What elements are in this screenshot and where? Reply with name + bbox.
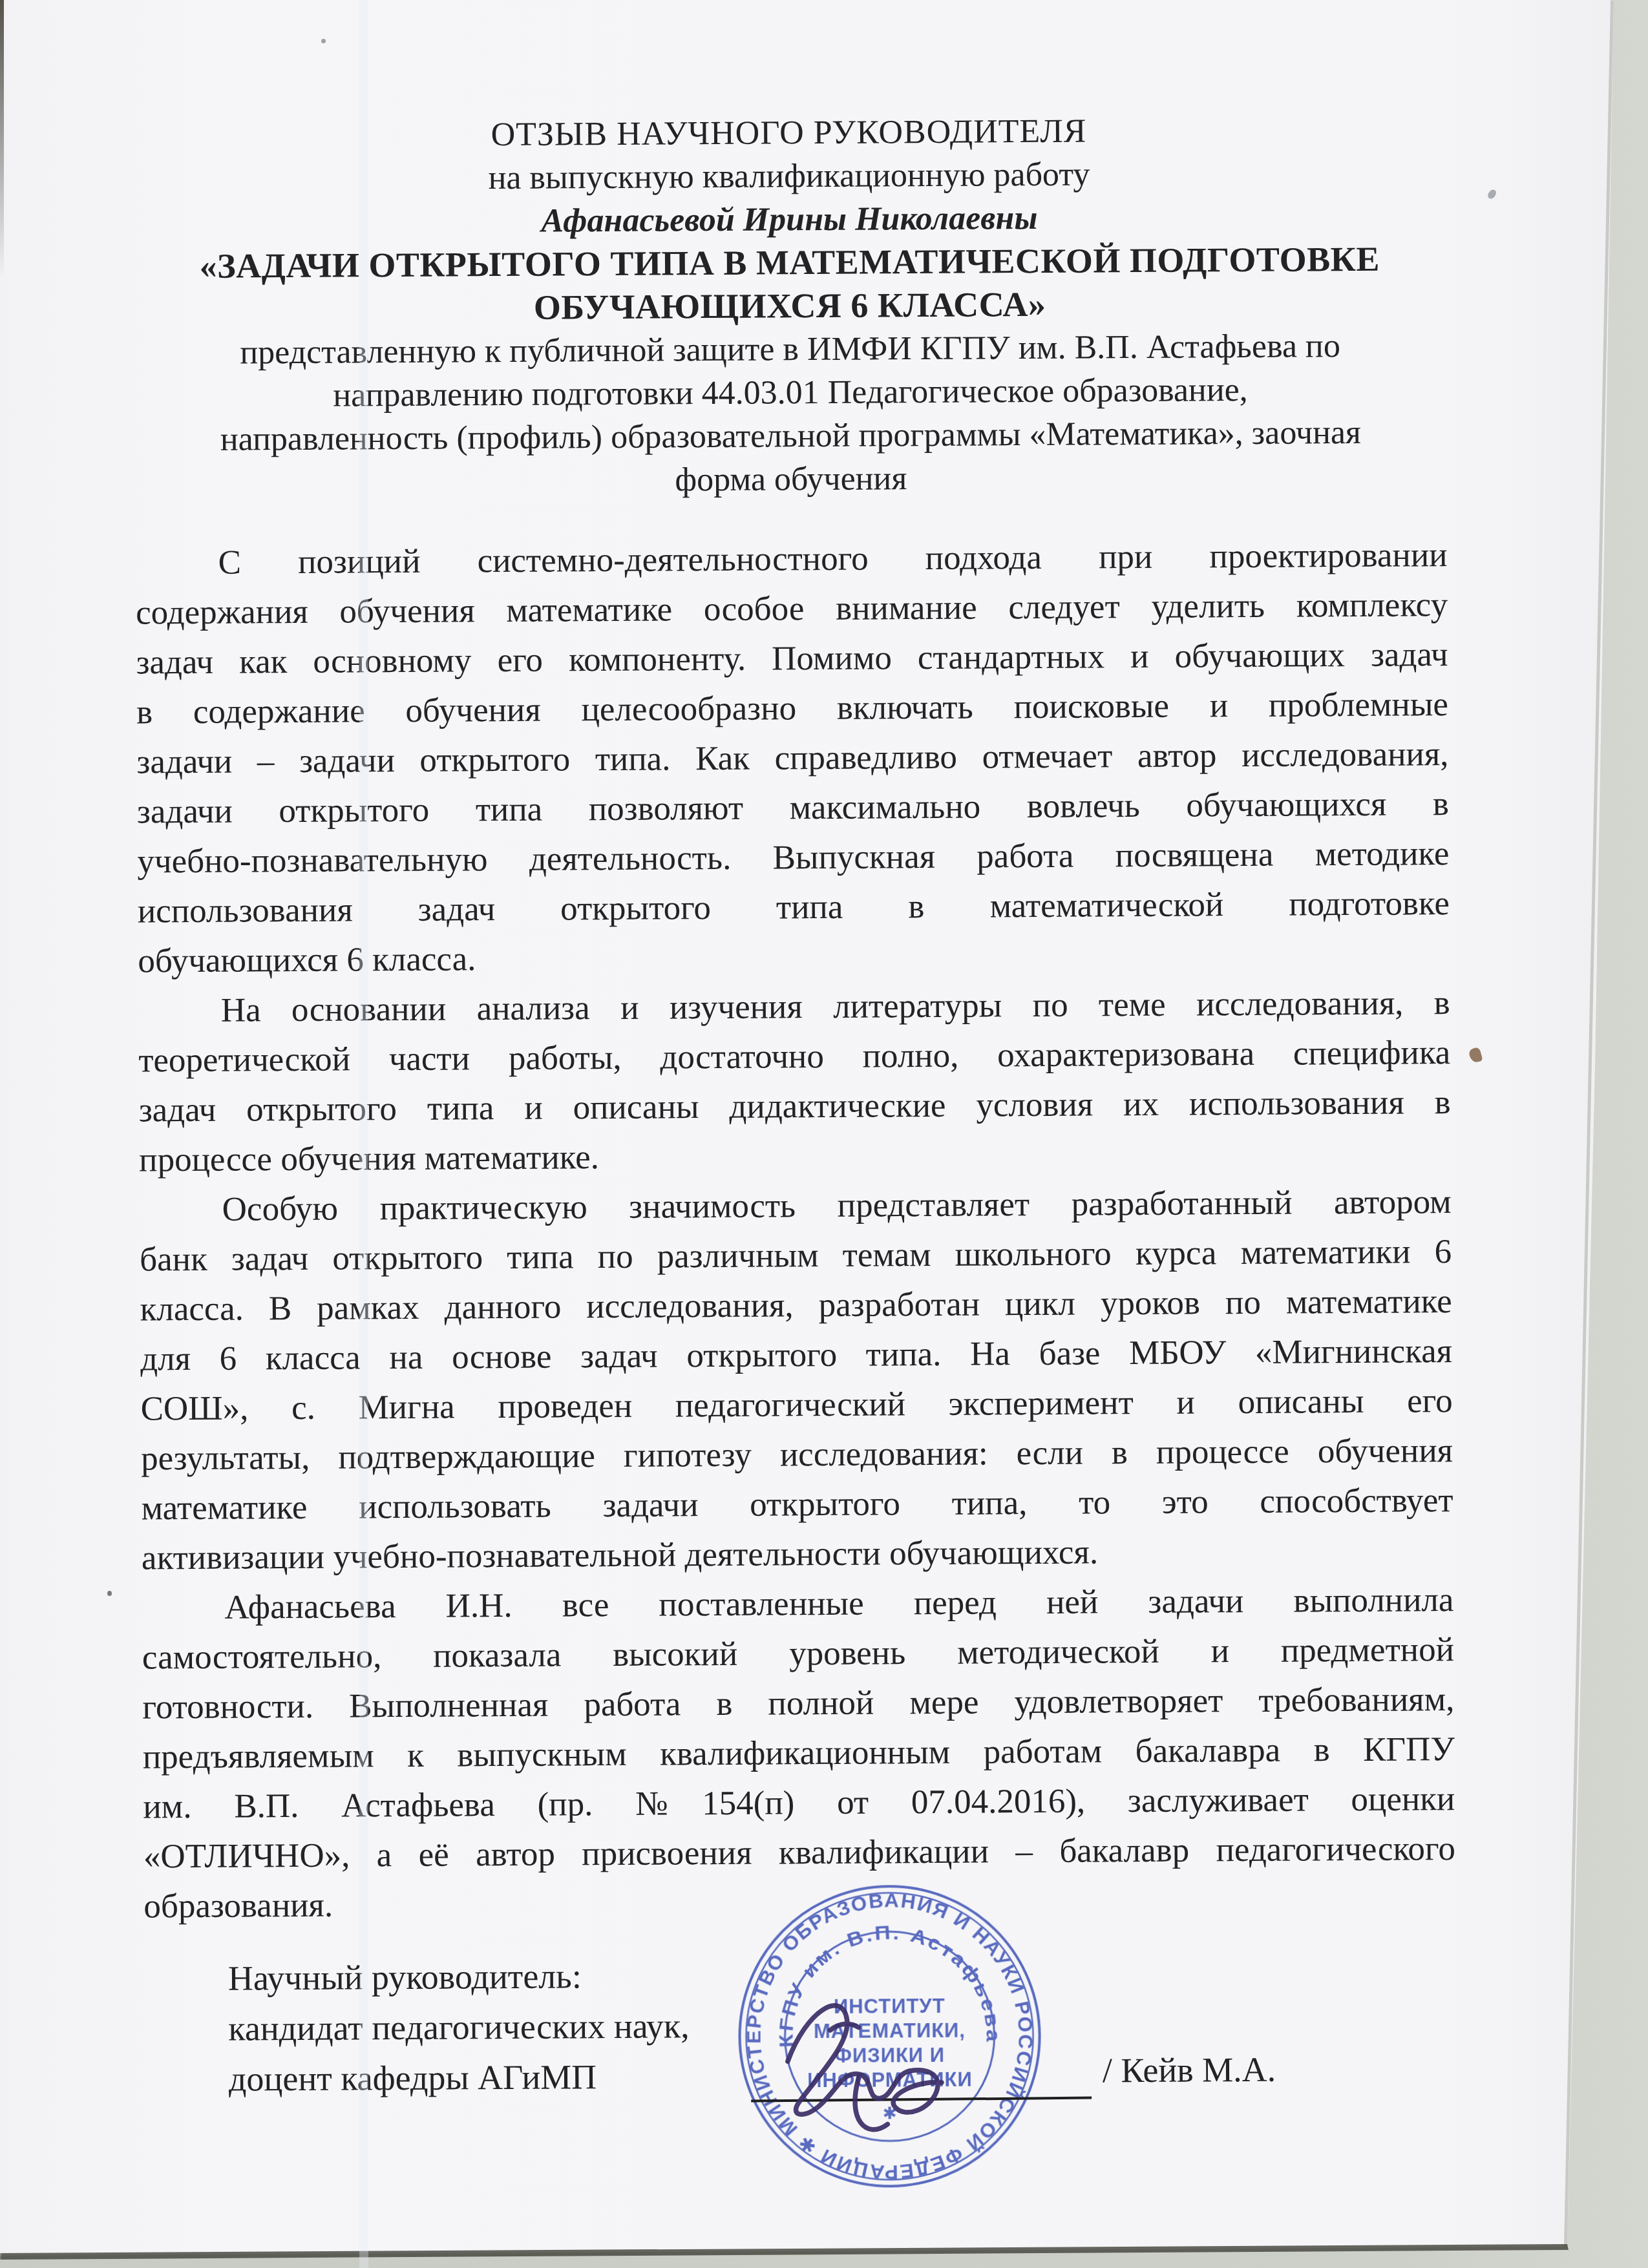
body-line: теоретической части работы, достаточно п…: [138, 1028, 1450, 1086]
header-line: «ЗАДАЧИ ОТКРЫТОГО ТИПА В МАТЕМАТИЧЕСКОЙ …: [134, 237, 1446, 288]
paragraph: Особую практическую значимость представл…: [139, 1177, 1453, 1583]
body-line: задач как основному его компоненту. Поми…: [136, 630, 1448, 688]
body-line: учебно-познавательную деятельность. Выпу…: [137, 829, 1449, 887]
header-line: представленную к публичной защите в ИМФИ…: [134, 324, 1446, 375]
body-line: математике использовать задачи открытого…: [141, 1476, 1453, 1533]
header-line: ОБУЧАЮЩИХСЯ 6 КЛАССА»: [134, 280, 1446, 331]
body-line: содержания обучения математике особое вн…: [136, 580, 1448, 638]
body-line: Особую практическую значимость представл…: [139, 1177, 1451, 1235]
scan-light-band-artifact: [359, 0, 368, 2268]
body-line: «ОТЛИЧНО», а её автор присвоения квалифи…: [143, 1824, 1455, 1882]
body-line: для 6 класса на основе задач открытого т…: [140, 1327, 1452, 1384]
body-line: задач открытого типа и описаны дидактиче…: [139, 1078, 1451, 1135]
body-line: задачи открытого типа позволяют максимал…: [137, 779, 1449, 837]
body-line: На основании анализа и изучения литерату…: [138, 978, 1450, 1036]
body-line: результаты, подтверждающие гипотезу иссл…: [141, 1426, 1453, 1484]
document-body: С позиций системно-деятельностного подхо…: [135, 530, 1455, 1931]
document-content: ОТЗЫВ НАУЧНОГО РУКОВОДИТЕЛЯна выпускную …: [0, 0, 1648, 2268]
header-line: Афанасьевой Ирины Николаевны: [133, 194, 1445, 245]
scan-left-edge-artifact: [0, 0, 4, 278]
paper-sheet: ОТЗЫВ НАУЧНОГО РУКОВОДИТЕЛЯна выпускную …: [0, 0, 1648, 2268]
paragraph: Афанасьева И.Н. все поставленные перед н…: [142, 1575, 1455, 1931]
body-line: им. В.П. Астафьева (пр. №154(п) от 07.04…: [143, 1774, 1455, 1832]
body-line: задачи – задачи открытого типа. Как спра…: [136, 730, 1448, 787]
paragraph: На основании анализа и изучения литерату…: [138, 978, 1452, 1185]
body-line: предъявляемым к выпускным квалификационн…: [143, 1725, 1455, 1782]
header-line: ОТЗЫВ НАУЧНОГО РУКОВОДИТЕЛЯ: [132, 107, 1444, 158]
dust-speck: [107, 1591, 112, 1596]
body-line: обучающихся 6 класса.: [138, 929, 1450, 986]
signature-ink-icon: [703, 1924, 1041, 2159]
header-line: направленность (профиль) образовательной…: [134, 410, 1446, 461]
paragraph: С позиций системно-деятельностного подхо…: [135, 530, 1450, 986]
dust-speck: [321, 39, 326, 43]
body-line: использования задач открытого типа в мат…: [138, 879, 1450, 936]
body-line: самостоятельно, показала высокий уровень…: [142, 1625, 1454, 1683]
body-line: процессе обучения математике.: [139, 1128, 1451, 1185]
body-line: в содержание обучения целесообразно вклю…: [136, 680, 1448, 737]
supervisor-name: / Кейв М.А.: [1103, 2044, 1276, 2096]
document-header: ОТЗЫВ НАУЧНОГО РУКОВОДИТЕЛЯна выпускную …: [132, 107, 1447, 505]
header-line: на выпускную квалификационную работу: [133, 151, 1445, 202]
body-line: класса. В рамках данного исследования, р…: [140, 1277, 1452, 1334]
body-line: активизации учебно-познавательной деятел…: [142, 1526, 1453, 1583]
body-line: Афанасьева И.Н. все поставленные перед н…: [142, 1575, 1453, 1633]
body-line: СОШ», с. Мигна проведен педагогический э…: [140, 1376, 1452, 1434]
body-line: банк задач открытого типа по различным т…: [140, 1227, 1452, 1285]
body-line: готовности. Выполненная работа в полной …: [142, 1675, 1454, 1732]
header-line: форма обучения: [135, 454, 1447, 505]
header-line: направлению подготовки 44.03.01 Педагоги…: [134, 367, 1446, 418]
body-line: С позиций системно-деятельностного подхо…: [135, 530, 1447, 588]
